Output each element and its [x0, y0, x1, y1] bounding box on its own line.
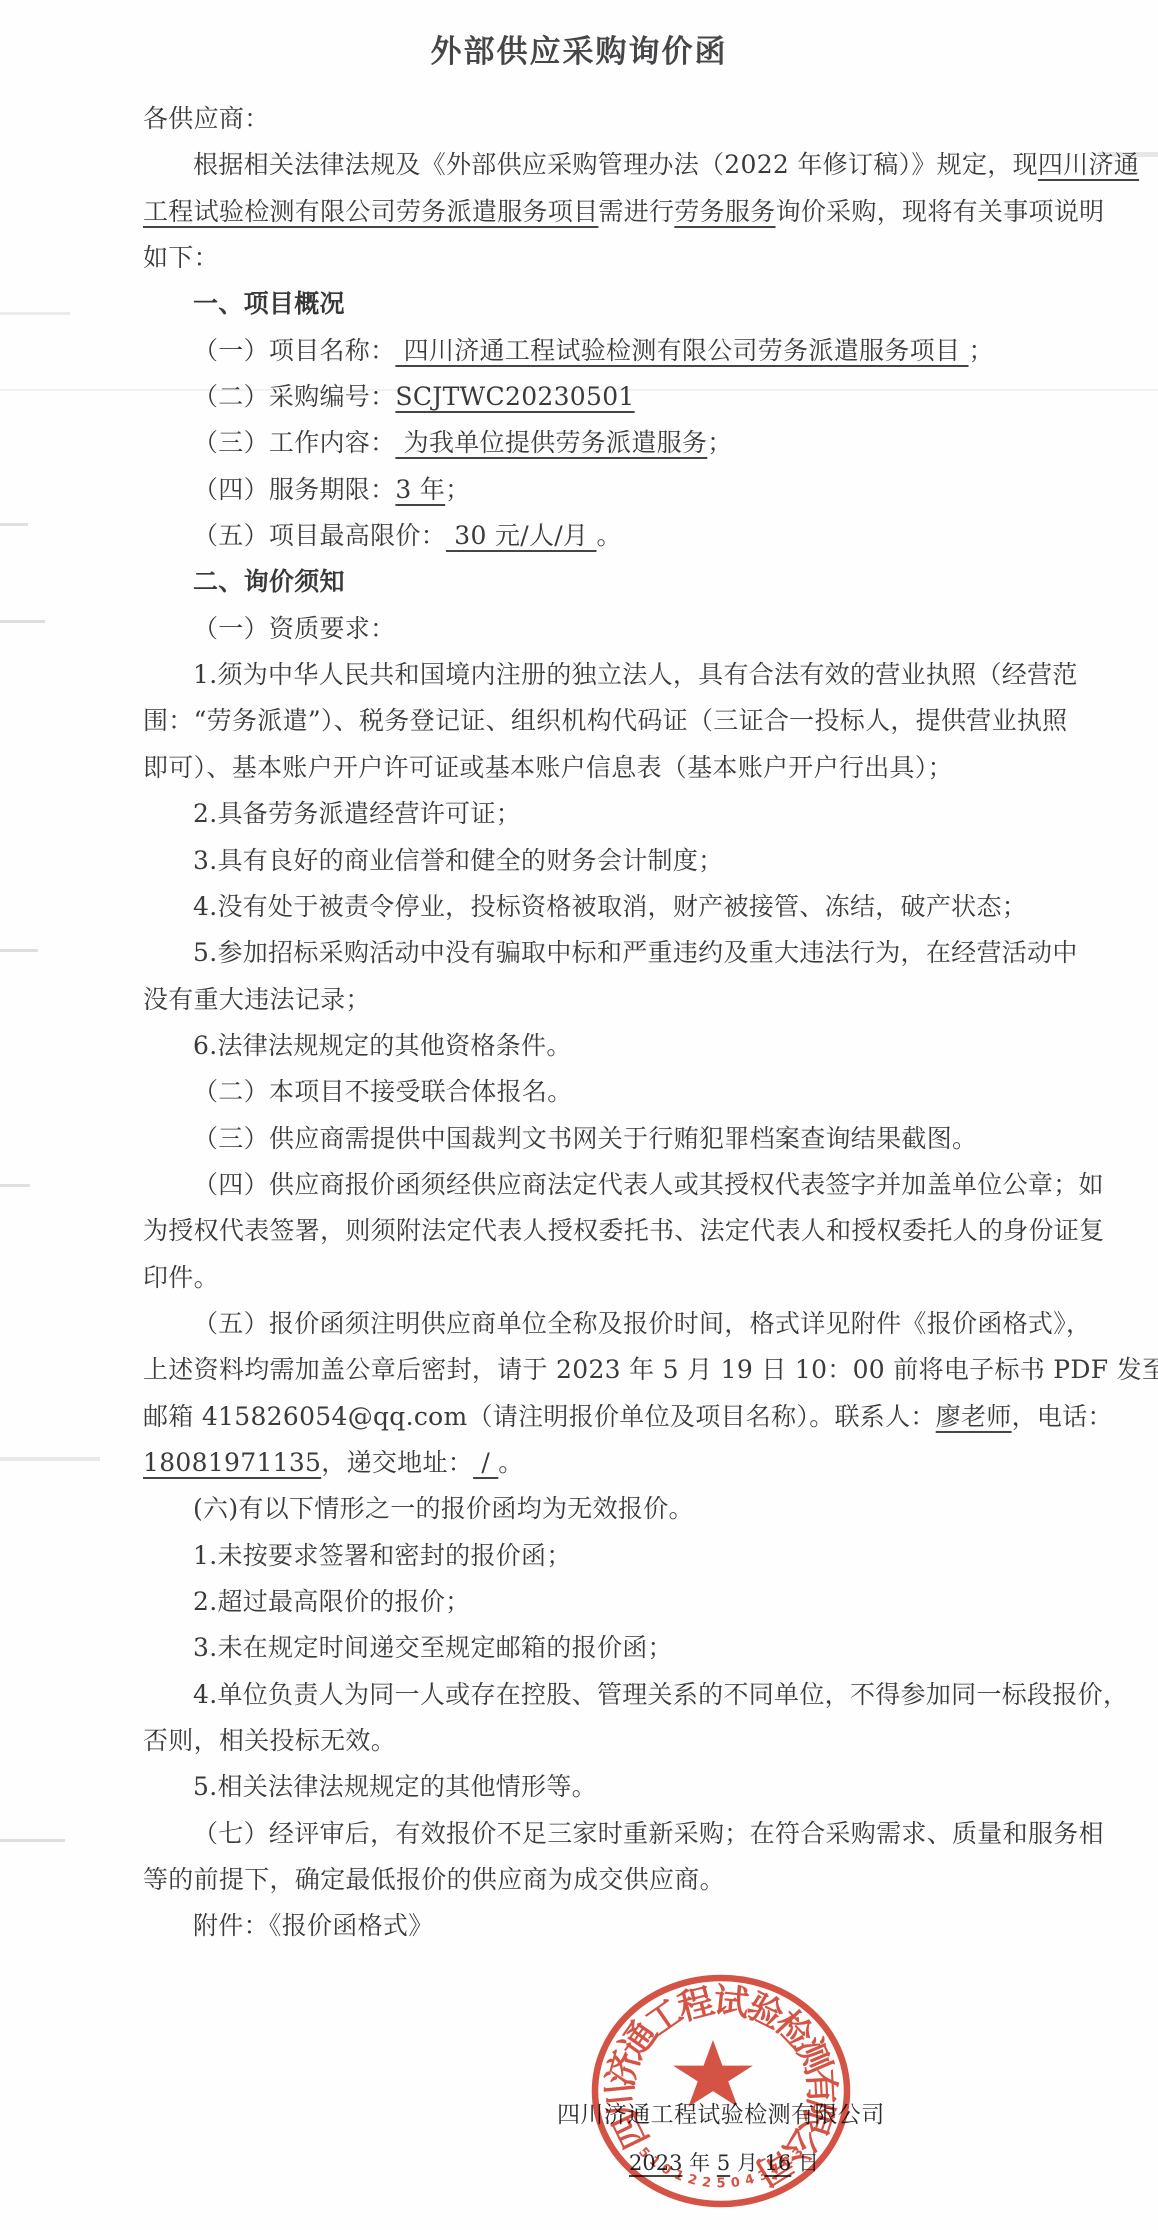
doc-line: （三）工作内容： 为我单位提供劳务派遣服务；: [143, 420, 1042, 466]
scan-artifact: [0, 1184, 30, 1187]
doc-line: 5.相关法律法规规定的其他情形等。: [143, 1764, 1042, 1810]
text-segment: （三）工作内容：: [193, 428, 395, 457]
text-segment: 如下：: [143, 243, 219, 272]
text-segment: 5.参加招标采购活动中没有骗取中标和严重违约及重大违法行为，在经营活动中: [193, 938, 1078, 967]
text-segment: (六)有以下情形之一的报价函均为无效报价。: [193, 1494, 694, 1523]
svg-text:5: 5: [716, 2177, 725, 2192]
scanned-document-page: 外部供应采购询价函 各供应商：根据相关法律法规及《外部供应采购管理办法（2022…: [0, 0, 1158, 2230]
doc-line: 一、项目概况: [143, 281, 1042, 327]
doc-line: （二）本项目不接受联合体报名。: [143, 1069, 1042, 1115]
scan-artifact: [0, 949, 38, 952]
text-segment: 附件：《报价函格式》: [193, 1911, 434, 1940]
text-segment: ；: [445, 475, 470, 504]
text-segment: （四）供应商报价函须经供应商法定代表人或其授权代表签字并加盖单位公章；如: [193, 1170, 1104, 1199]
svg-text:4: 4: [743, 2172, 756, 2189]
doc-line: （三）供应商需提供中国裁判文书网关于行贿犯罪档案查询结果截图。: [143, 1116, 1042, 1162]
doc-line: （二）采购编号：SCJTWC20230501: [143, 374, 1042, 420]
text-segment: 需进行: [598, 197, 674, 226]
underlined-value: 廖老师: [936, 1402, 1012, 1431]
text-segment: 2.具备劳务派遣经营许可证；: [193, 799, 521, 828]
scan-artifact: [0, 620, 45, 623]
doc-line: 2.具备劳务派遣经营许可证；: [143, 791, 1042, 837]
doc-line: 等的前提下，确定最低报价的供应商为成交供应商。: [143, 1857, 1042, 1903]
underlined-value: /: [473, 1448, 498, 1477]
underlined-value: 四川济通工程试验检测有限公司劳务派遣服务项目: [395, 336, 968, 365]
doc-line: （五）报价函须注明供应商单位全称及报价时间，格式详见附件《报价函格式》，: [143, 1301, 1042, 1347]
doc-line: 6.法律法规规定的其他资格条件。: [143, 1023, 1042, 1069]
text-segment: （一）资质要求：: [193, 614, 395, 643]
text-segment: 4.单位负责人为同一人或存在控股、管理关系的不同单位，不得参加同一标段报价，: [193, 1680, 1128, 1709]
text-segment: 否则，相关投标无效。: [143, 1726, 396, 1755]
scan-artifact: [0, 1457, 100, 1461]
svg-text:2: 2: [686, 2172, 699, 2189]
document-body: 各供应商：根据相关法律法规及《外部供应采购管理办法（2022 年修订稿）》规定，…: [143, 96, 1042, 1950]
doc-line: 1.须为中华人民共和国境内注册的独立法人，具有合法有效的营业执照（经营范: [143, 652, 1042, 698]
text-segment: 没有重大违法记录；: [143, 985, 371, 1014]
doc-line: 3.未在规定时间递交至规定邮箱的报价函；: [143, 1625, 1042, 1671]
text-segment: （五）项目最高限价：: [193, 521, 446, 550]
doc-line: （一）资质要求：: [143, 606, 1042, 652]
underlined-value: 3 年: [395, 475, 445, 504]
underlined-value: 18081971135: [143, 1448, 321, 1477]
doc-line: 印件。: [143, 1255, 1042, 1301]
text-segment: ；: [969, 336, 994, 365]
company-seal-stamp: 四川济通工程试验检测有限公司 5101225043723: [576, 1964, 866, 2214]
text-segment: 等的前提下，确定最低报价的供应商为成交供应商。: [143, 1865, 725, 1894]
text-segment: 。: [597, 521, 622, 550]
text-segment: ，递交地址：: [321, 1448, 473, 1477]
doc-line: 即可）、基本账户开户许可证或基本账户信息表（基本账户开户行出具）；: [143, 745, 1042, 791]
doc-line: 各供应商：: [143, 96, 1042, 142]
doc-line: （七）经评审后，有效报价不足三家时重新采购；在符合采购需求、质量和服务相: [143, 1811, 1042, 1857]
doc-line: 如下：: [143, 235, 1042, 281]
text-segment: ，电话：: [1012, 1402, 1113, 1431]
doc-line: 2.超过最高限价的报价；: [143, 1579, 1042, 1625]
text-segment: 3.具有良好的商业信誉和健全的财务会计制度；: [193, 846, 723, 875]
text-segment: （二）本项目不接受联合体报名。: [193, 1077, 573, 1106]
underlined-value: 工程试验检测有限公司劳务派遣服务项目: [143, 197, 598, 226]
text-segment: 邮箱 415826054@qq.com（请注明报价单位及项目名称）。联系人：: [143, 1402, 936, 1431]
underlined-value: 30 元/人/月: [446, 521, 597, 550]
doc-line: （四）服务期限：3 年；: [143, 467, 1042, 513]
text-segment: （七）经评审后，有效报价不足三家时重新采购；在符合采购需求、质量和服务相: [193, 1819, 1104, 1848]
underlined-value: SCJTWC20230501: [395, 382, 634, 411]
text-segment: 二、询价须知: [193, 567, 345, 596]
doc-line: 上述资料均需加盖公章后密封，请于 2023 年 5 月 19 日 10：00 前…: [143, 1347, 1042, 1393]
doc-line: 18081971135，递交地址： / 。: [143, 1440, 1042, 1486]
text-segment: 询价采购，现将有关事项说明: [776, 197, 1105, 226]
doc-line: （五）项目最高限价： 30 元/人/月 。: [143, 513, 1042, 559]
text-segment: 即可）、基本账户开户许可证或基本账户信息表（基本账户开户行出具）；: [143, 753, 953, 782]
doc-line: 附件：《报价函格式》: [143, 1903, 1042, 1949]
text-segment: （二）采购编号：: [193, 382, 395, 411]
doc-line: 5.参加招标采购活动中没有骗取中标和严重违约及重大违法行为，在经营活动中: [143, 930, 1042, 976]
doc-line: 围：“劳务派遣”）、税务登记证、组织机构代码证（三证合一投标人，提供营业执照: [143, 698, 1042, 744]
doc-line: 工程试验检测有限公司劳务派遣服务项目需进行劳务服务询价采购，现将有关事项说明: [143, 189, 1042, 235]
text-segment: 6.法律法规规定的其他资格条件。: [193, 1031, 572, 1060]
text-segment: 一、项目概况: [193, 289, 345, 318]
scan-artifact: [0, 523, 28, 526]
doc-line: （一）项目名称： 四川济通工程试验检测有限公司劳务派遣服务项目 ；: [143, 328, 1042, 374]
svg-text:0: 0: [730, 2175, 741, 2191]
doc-line: 3.具有良好的商业信誉和健全的财务会计制度；: [143, 838, 1042, 884]
doc-line: 4.没有处于被责令停业，投标资格被取消，财产被接管、冻结，破产状态；: [143, 884, 1042, 930]
doc-line: (六)有以下情形之一的报价函均为无效报价。: [143, 1486, 1042, 1532]
star-icon: [673, 2040, 753, 2107]
doc-line: 4.单位负责人为同一人或存在控股、管理关系的不同单位，不得参加同一标段报价，: [143, 1672, 1042, 1718]
doc-line: 1.未按要求签署和密封的报价函；: [143, 1533, 1042, 1579]
svg-text:1: 1: [646, 2154, 663, 2171]
doc-line: （四）供应商报价函须经供应商法定代表人或其授权代表签字并加盖单位公章；如: [143, 1162, 1042, 1208]
text-segment: 4.没有处于被责令停业，投标资格被取消，财产被接管、冻结，破产状态；: [193, 892, 1027, 921]
text-segment: 围：“劳务派遣”）、税务登记证、组织机构代码证（三证合一投标人，提供营业执照: [143, 706, 1067, 735]
svg-text:1: 1: [672, 2167, 686, 2184]
document-title: 外部供应采购询价函: [0, 26, 1158, 71]
scan-artifact: [0, 1839, 65, 1842]
doc-line: 否则，相关投标无效。: [143, 1718, 1042, 1764]
text-segment: 。: [498, 1448, 523, 1477]
doc-line: 没有重大违法记录；: [143, 977, 1042, 1023]
scan-artifact: [0, 312, 70, 315]
text-segment: （三）供应商需提供中国裁判文书网关于行贿犯罪档案查询结果截图。: [193, 1124, 977, 1153]
text-segment: （一）项目名称：: [193, 336, 395, 365]
doc-line: 邮箱 415826054@qq.com（请注明报价单位及项目名称）。联系人：廖老…: [143, 1394, 1042, 1440]
doc-line: 二、询价须知: [143, 559, 1042, 605]
text-segment: 上述资料均需加盖公章后密封，请于 2023 年 5 月 19 日 10：00 前…: [143, 1355, 1158, 1384]
text-segment: 印件。: [143, 1263, 219, 1292]
text-segment: 各供应商：: [143, 104, 270, 133]
doc-line: 根据相关法律法规及《外部供应采购管理办法（2022 年修订稿）》规定，现四川济通: [143, 142, 1042, 188]
text-segment: 2.超过最高限价的报价；: [193, 1587, 470, 1616]
doc-line: 为授权代表签署，则须附法定代表人授权委托书、法定代表人和授权委托人的身份证复: [143, 1208, 1042, 1254]
svg-text:2: 2: [701, 2175, 712, 2191]
underlined-value: 四川济通: [1038, 150, 1139, 179]
svg-text:0: 0: [658, 2161, 674, 2179]
text-segment: 为授权代表签署，则须附法定代表人授权委托书、法定代表人和授权委托人的身份证复: [143, 1216, 1104, 1245]
text-segment: 3.未在规定时间递交至规定邮箱的报价函；: [193, 1633, 673, 1662]
text-segment: 5.相关法律法规规定的其他情形等。: [193, 1772, 597, 1801]
underlined-value: 为我单位提供劳务派遣服务: [395, 428, 707, 457]
text-segment: （四）服务期限：: [193, 475, 395, 504]
text-segment: ；: [707, 428, 732, 457]
text-segment: 1.须为中华人民共和国境内注册的独立法人，具有合法有效的营业执照（经营范: [193, 660, 1078, 689]
text-segment: （五）报价函须注明供应商单位全称及报价时间，格式详见附件《报价函格式》，: [193, 1309, 1091, 1338]
text-segment: 根据相关法律法规及《外部供应采购管理办法（2022 年修订稿）》规定，现: [193, 150, 1038, 179]
text-segment: 1.未按要求签署和密封的报价函；: [193, 1541, 572, 1570]
underlined-value: 劳务服务: [674, 197, 775, 226]
